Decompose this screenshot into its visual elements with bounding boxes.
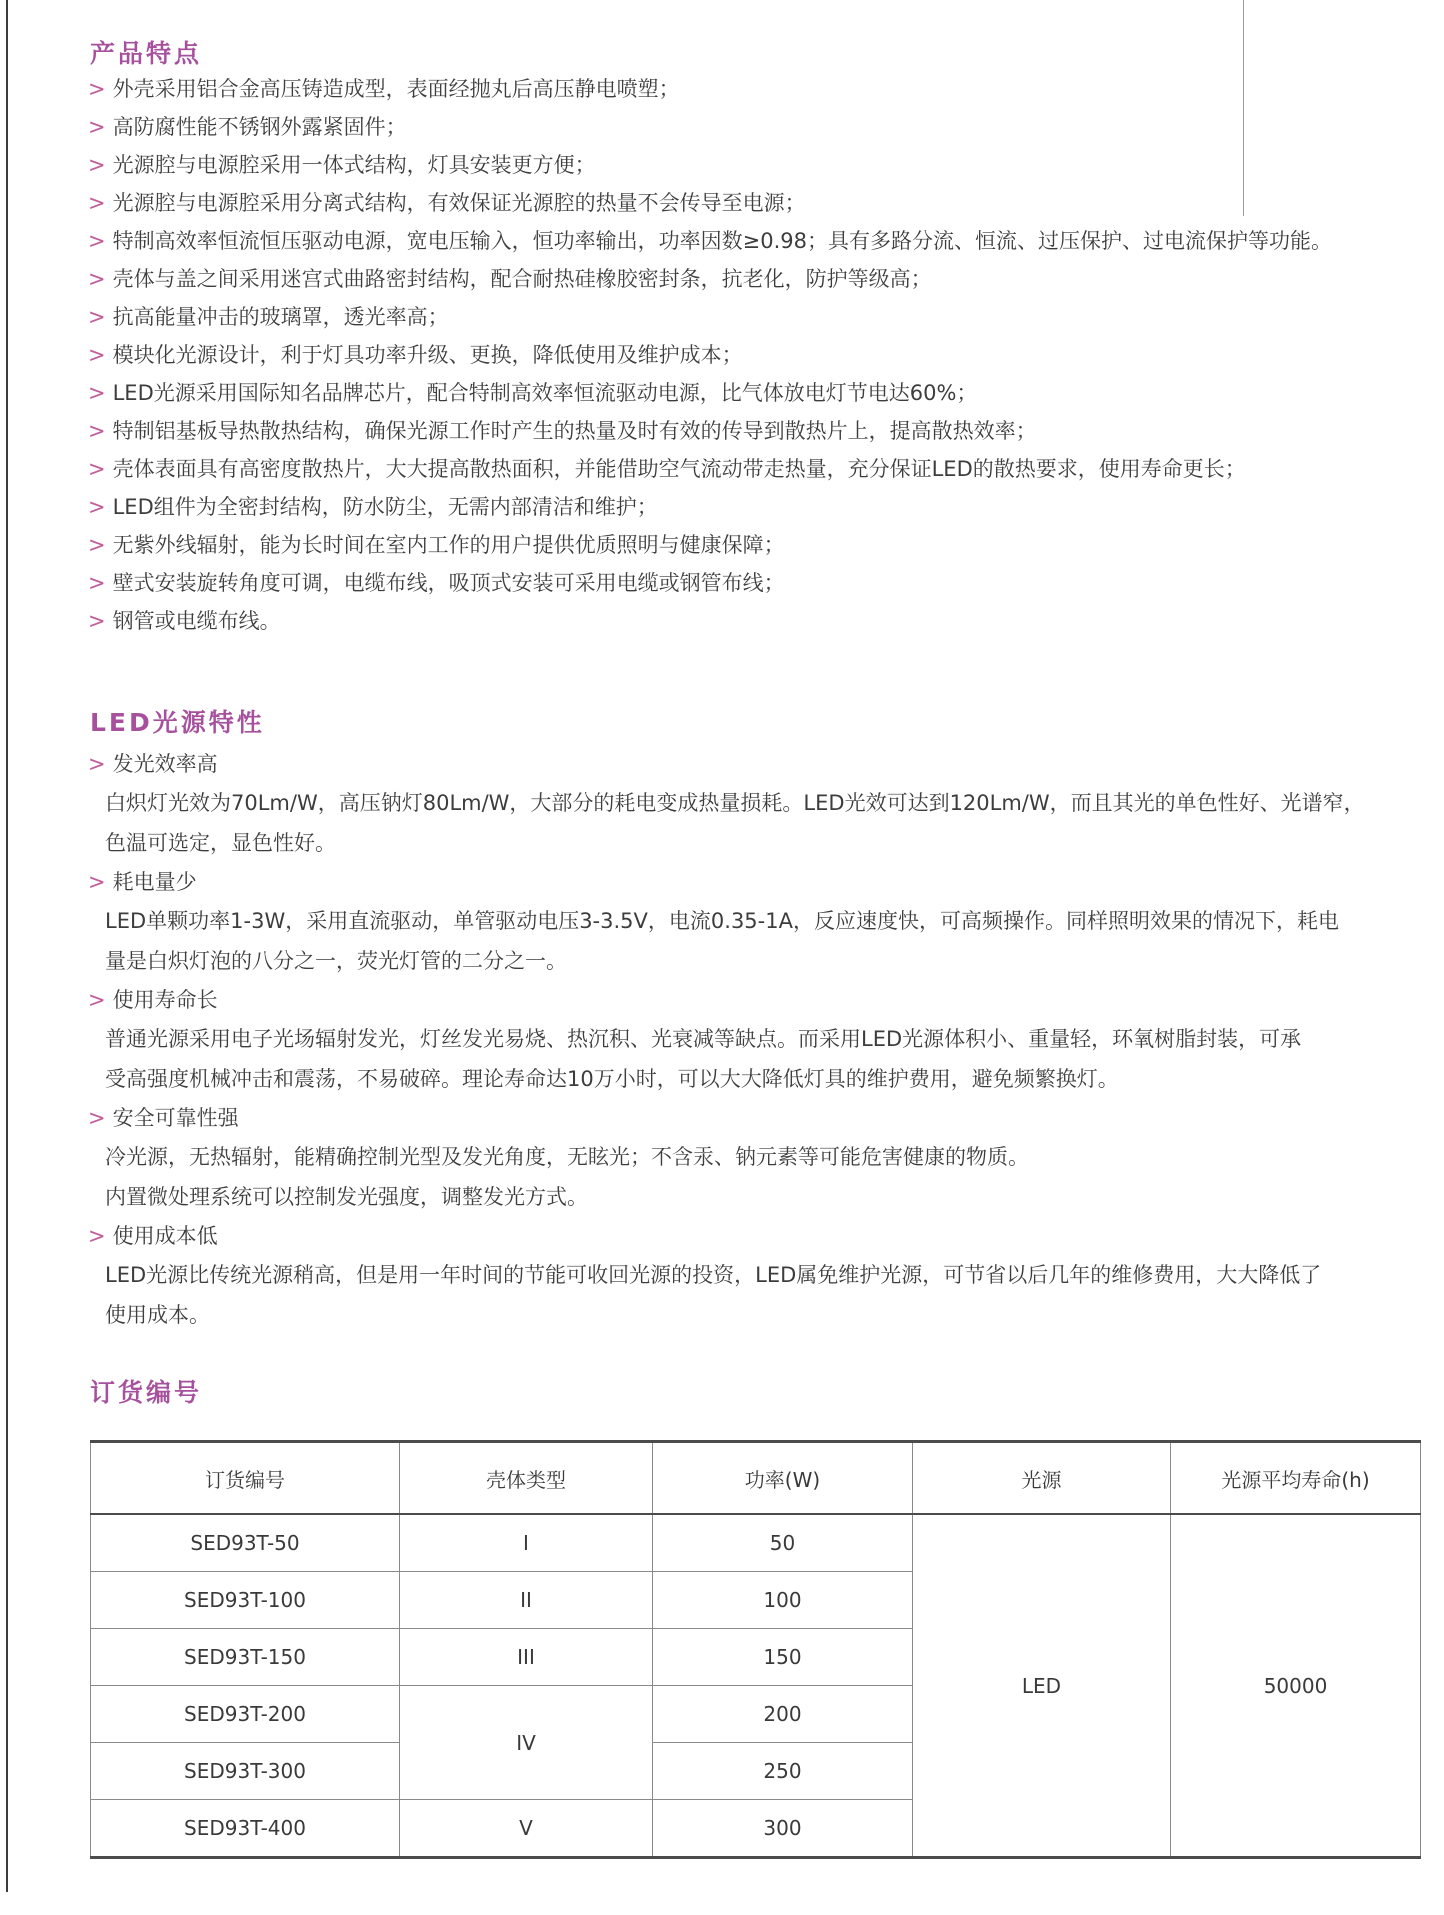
led-item-label: >发光效率高 <box>88 745 1365 783</box>
bullet-marker: > <box>88 343 106 367</box>
cell-order-code: SED93T-100 <box>91 1572 400 1629</box>
cell-power: 300 <box>653 1800 913 1858</box>
col-header-shell-type: 壳体类型 <box>400 1442 653 1515</box>
feature-item: >光源腔与电源腔采用分离式结构，有效保证光源腔的热量不会传导至电源； <box>88 184 1332 222</box>
feature-text: LED光源采用国际知名品牌芯片，配合特制高效率恒流驱动电源，比气体放电灯节电达6… <box>113 381 978 405</box>
feature-text: 光源腔与电源腔采用一体式结构，灯具安装更方便； <box>113 153 596 177</box>
led-item-label-text: 发光效率高 <box>113 752 218 776</box>
bullet-marker: > <box>88 77 106 101</box>
feature-text: 壳体表面具有高密度散热片，大大提高散热面积，并能借助空气流动带走热量，充分保证L… <box>113 457 1246 481</box>
led-item-label: >耗电量少 <box>88 863 1365 901</box>
led-item-paragraph-line: 白炽灯光效为70Lm/W，高压钠灯80Lm/W，大部分的耗电变成热量损耗。LED… <box>105 783 1365 823</box>
cell-shell-type: V <box>400 1800 653 1858</box>
feature-text: 模块化光源设计，利于灯具功率升级、更换，降低使用及维护成本； <box>113 343 743 367</box>
cell-order-code: SED93T-50 <box>91 1514 400 1572</box>
feature-item: >钢管或电缆布线。 <box>88 602 1332 640</box>
feature-text: 高防腐性能不锈钢外露紧固件； <box>113 115 407 139</box>
feature-item: >特制铝基板导热散热结构，确保光源工作时产生的热量及时有效的传导到散热片上，提高… <box>88 412 1332 450</box>
led-item-paragraph-line: 量是白炽灯泡的八分之一，荧光灯管的二分之一。 <box>105 941 1365 981</box>
led-item-label: >使用成本低 <box>88 1217 1365 1255</box>
led-item-paragraph-line: 使用成本。 <box>105 1295 1365 1335</box>
feature-text: 无紫外线辐射，能为长时间在室内工作的用户提供优质照明与健康保障； <box>113 533 785 557</box>
bullet-marker: > <box>88 267 106 291</box>
cell-shell-type: III <box>400 1629 653 1686</box>
bullet-marker: > <box>88 457 106 481</box>
led-item-paragraph-line: LED单颗功率1-3W，采用直流驱动，单管驱动电压3-3.5V，电流0.35-1… <box>105 901 1365 941</box>
led-item-paragraph-line: 受高强度机械冲击和震荡，不易破碎。理论寿命达10万小时，可以大大降低灯具的维护费… <box>105 1059 1365 1099</box>
feature-item: >壳体表面具有高密度散热片，大大提高散热面积，并能借助空气流动带走热量，充分保证… <box>88 450 1332 488</box>
led-section-title: LED光源特性 <box>90 703 265 739</box>
cell-shell-type: IV <box>400 1686 653 1800</box>
feature-item: >光源腔与电源腔采用一体式结构，灯具安装更方便； <box>88 146 1332 184</box>
cell-avg-lifetime: 50000 <box>1171 1514 1421 1858</box>
feature-item: >LED组件为全密封结构，防水防尘，无需内部清洁和维护； <box>88 488 1332 526</box>
led-item-paragraph-line: 色温可选定，显色性好。 <box>105 823 1365 863</box>
bullet-marker: > <box>88 381 106 405</box>
feature-text: 特制高效率恒流恒压驱动电源，宽电压输入，恒功率输出，功率因数≥0.98；具有多路… <box>113 229 1332 253</box>
ordering-section-title: 订货编号 <box>90 1373 202 1409</box>
feature-text: 抗高能量冲击的玻璃罩，透光率高； <box>113 305 449 329</box>
bullet-marker: > <box>88 609 106 633</box>
led-item-label-text: 安全可靠性强 <box>113 1106 239 1130</box>
led-item-paragraph-line: LED光源比传统光源稍高，但是用一年时间的节能可收回光源的投资，LED属免维护光… <box>105 1255 1365 1295</box>
bullet-marker: > <box>88 419 106 443</box>
feature-text: 钢管或电缆布线。 <box>113 609 281 633</box>
led-item-label-text: 使用成本低 <box>113 1224 218 1248</box>
table-header-row: 订货编号 壳体类型 功率(W) 光源 光源平均寿命(h) <box>91 1442 1421 1515</box>
led-item-paragraph-line: 普通光源采用电子光场辐射发光，灯丝发光易烧、热沉积、光衰减等缺点。而采用LED光… <box>105 1019 1365 1059</box>
feature-item: >LED光源采用国际知名品牌芯片，配合特制高效率恒流驱动电源，比气体放电灯节电达… <box>88 374 1332 412</box>
led-item-paragraph-line: 冷光源，无热辐射，能精确控制光型及发光角度，无眩光；不含汞、钠元素等可能危害健康… <box>105 1137 1365 1177</box>
feature-item: >高防腐性能不锈钢外露紧固件； <box>88 108 1332 146</box>
led-item-paragraph-line: 内置微处理系统可以控制发光强度，调整发光方式。 <box>105 1177 1365 1217</box>
bullet-marker: > <box>88 752 106 776</box>
cell-power: 50 <box>653 1514 913 1572</box>
bullet-marker: > <box>88 229 106 253</box>
cell-order-code: SED93T-400 <box>91 1800 400 1858</box>
bullet-marker: > <box>88 1106 106 1130</box>
led-characteristics-list: >发光效率高 白炽灯光效为70Lm/W，高压钠灯80Lm/W，大部分的耗电变成热… <box>88 745 1365 1335</box>
spec-sheet-page: 产品特点 >外壳采用铝合金高压铸造成型，表面经抛丸后高压静电喷塑； >高防腐性能… <box>0 0 1444 1915</box>
bullet-marker: > <box>88 495 106 519</box>
bullet-marker: > <box>88 115 106 139</box>
cell-light-source: LED <box>913 1514 1171 1858</box>
bullet-marker: > <box>88 870 106 894</box>
bullet-marker: > <box>88 153 106 177</box>
feature-item: >特制高效率恒流恒压驱动电源，宽电压输入，恒功率输出，功率因数≥0.98；具有多… <box>88 222 1332 260</box>
bullet-marker: > <box>88 191 106 215</box>
led-item-label-text: 使用寿命长 <box>113 988 218 1012</box>
led-item-label: >使用寿命长 <box>88 981 1365 1019</box>
cell-order-code: SED93T-150 <box>91 1629 400 1686</box>
cell-order-code: SED93T-200 <box>91 1686 400 1743</box>
cell-power: 150 <box>653 1629 913 1686</box>
cell-power: 200 <box>653 1686 913 1743</box>
feature-text: 壳体与盖之间采用迷宫式曲路密封结构，配合耐热硅橡胶密封条，抗老化，防护等级高； <box>113 267 932 291</box>
ordering-table: 订货编号 壳体类型 功率(W) 光源 光源平均寿命(h) SED93T-50 I… <box>90 1440 1421 1859</box>
features-list: >外壳采用铝合金高压铸造成型，表面经抛丸后高压静电喷塑； >高防腐性能不锈钢外露… <box>88 70 1332 640</box>
bullet-marker: > <box>88 533 106 557</box>
cell-power: 250 <box>653 1743 913 1800</box>
col-header-order-code: 订货编号 <box>91 1442 400 1515</box>
cell-order-code: SED93T-300 <box>91 1743 400 1800</box>
feature-item: >壁式安装旋转角度可调，电缆布线，吸顶式安装可采用电缆或钢管布线； <box>88 564 1332 602</box>
feature-text: 外壳采用铝合金高压铸造成型，表面经抛丸后高压静电喷塑； <box>113 77 680 101</box>
bullet-marker: > <box>88 305 106 329</box>
feature-item: >模块化光源设计，利于灯具功率升级、更换，降低使用及维护成本； <box>88 336 1332 374</box>
feature-text: 壁式安装旋转角度可调，电缆布线，吸顶式安装可采用电缆或钢管布线； <box>113 571 785 595</box>
page-border-left <box>6 0 8 1892</box>
feature-item: >外壳采用铝合金高压铸造成型，表面经抛丸后高压静电喷塑； <box>88 70 1332 108</box>
bullet-marker: > <box>88 988 106 1012</box>
features-section-title: 产品特点 <box>90 34 202 70</box>
bullet-marker: > <box>88 571 106 595</box>
feature-text: 特制铝基板导热散热结构，确保光源工作时产生的热量及时有效的传导到散热片上，提高散… <box>113 419 1037 443</box>
table-row: SED93T-50 I 50 LED 50000 <box>91 1514 1421 1572</box>
feature-text: LED组件为全密封结构，防水防尘，无需内部清洁和维护； <box>113 495 658 519</box>
col-header-power: 功率(W) <box>653 1442 913 1515</box>
feature-text: 光源腔与电源腔采用分离式结构，有效保证光源腔的热量不会传导至电源； <box>113 191 806 215</box>
feature-item: >抗高能量冲击的玻璃罩，透光率高； <box>88 298 1332 336</box>
cell-shell-type: I <box>400 1514 653 1572</box>
cell-power: 100 <box>653 1572 913 1629</box>
col-header-avg-lifetime: 光源平均寿命(h) <box>1171 1442 1421 1515</box>
cell-shell-type: II <box>400 1572 653 1629</box>
col-header-light-source: 光源 <box>913 1442 1171 1515</box>
feature-item: >壳体与盖之间采用迷宫式曲路密封结构，配合耐热硅橡胶密封条，抗老化，防护等级高； <box>88 260 1332 298</box>
feature-item: >无紫外线辐射，能为长时间在室内工作的用户提供优质照明与健康保障； <box>88 526 1332 564</box>
bullet-marker: > <box>88 1224 106 1248</box>
led-item-label-text: 耗电量少 <box>113 870 197 894</box>
led-item-label: >安全可靠性强 <box>88 1099 1365 1137</box>
